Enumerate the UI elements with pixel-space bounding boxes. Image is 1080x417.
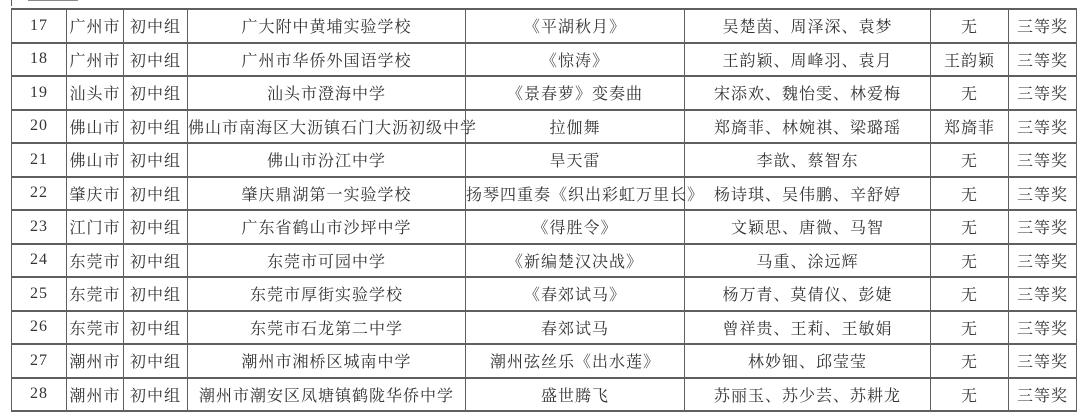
cell-extra: 无 — [931, 277, 1009, 311]
cell-piece: 旱天雷 — [466, 143, 685, 177]
cell-school: 广州市华侨外国语学校 — [188, 43, 466, 77]
cell-row-number: 17 — [12, 9, 67, 43]
cell-city: 东莞市 — [67, 277, 124, 311]
cell-extra: 无 — [931, 76, 1009, 110]
cell-performers: 杨万青、莫倩仪、彭婕 — [685, 277, 931, 311]
cell-group: 初中组 — [124, 378, 188, 412]
cell-extra: 无 — [931, 210, 1009, 244]
cell-school: 汕头市澄海中学 — [188, 76, 466, 110]
cell-city: 广州市 — [67, 43, 124, 77]
cropped-table-edge — [11, 0, 12, 6]
cell-piece: 《平湖秋月》 — [466, 9, 685, 43]
cell-school: 东莞市石龙第二中学 — [188, 311, 466, 345]
cell-group: 初中组 — [124, 9, 188, 43]
cell-extra: 无 — [931, 244, 1009, 278]
cell-group: 初中组 — [124, 43, 188, 77]
cell-award: 三等奖 — [1009, 110, 1077, 144]
cell-row-number: 25 — [12, 277, 67, 311]
cell-school: 潮州市湘桥区城南中学 — [188, 344, 466, 378]
cell-group: 初中组 — [124, 210, 188, 244]
cell-group: 初中组 — [124, 244, 188, 278]
cell-award: 三等奖 — [1009, 76, 1077, 110]
table-row: 19 汕头市 初中组 汕头市澄海中学 《景春萝》变奏曲 宋添欢、魏怡雯、林爱梅 … — [12, 76, 1077, 110]
cell-group: 初中组 — [124, 143, 188, 177]
table-row: 24 东莞市 初中组 东莞市可园中学 《新编楚汉决战》 马重、涂远辉 无 三等奖 — [12, 244, 1077, 278]
cell-row-number: 24 — [12, 244, 67, 278]
cell-piece: 《春郊试马》 — [466, 277, 685, 311]
cell-award: 三等奖 — [1009, 43, 1077, 77]
cell-city: 东莞市 — [67, 244, 124, 278]
cell-extra: 无 — [931, 177, 1009, 211]
cell-group: 初中组 — [124, 277, 188, 311]
cell-extra: 无 — [931, 143, 1009, 177]
table-row: 20 佛山市 初中组 佛山市南海区大沥镇石门大沥初级中学 拉伽舞 郑旖菲、林婉祺… — [12, 110, 1077, 144]
cell-award: 三等奖 — [1009, 244, 1077, 278]
cell-school: 佛山市汾江中学 — [188, 143, 466, 177]
cell-award: 三等奖 — [1009, 9, 1077, 43]
cell-performers: 郑旖菲、林婉祺、梁璐瑶 — [685, 110, 931, 144]
cell-piece: 春郊试马 — [466, 311, 685, 345]
cell-row-number: 19 — [12, 76, 67, 110]
cell-row-number: 23 — [12, 210, 67, 244]
cell-group: 初中组 — [124, 311, 188, 345]
table-row: 21 佛山市 初中组 佛山市汾江中学 旱天雷 李歆、蔡智东 无 三等奖 — [12, 143, 1077, 177]
cell-row-number: 20 — [12, 110, 67, 144]
cell-award: 三等奖 — [1009, 378, 1077, 412]
cell-school: 东莞市可园中学 — [188, 244, 466, 278]
cell-piece: 拉伽舞 — [466, 110, 685, 144]
cell-school: 广东省鹤山市沙坪中学 — [188, 210, 466, 244]
cell-city: 潮州市 — [67, 378, 124, 412]
cell-city: 东莞市 — [67, 311, 124, 345]
cell-piece: 盛世腾飞 — [466, 378, 685, 412]
table-row: 26 东莞市 初中组 东莞市石龙第二中学 春郊试马 曾祥贵、王莉、王敏娟 无 三… — [12, 311, 1077, 345]
cell-performers: 李歆、蔡智东 — [685, 143, 931, 177]
cell-performers: 杨诗琪、吴伟鹏、辛舒婷 — [685, 177, 931, 211]
cell-performers: 苏丽玉、苏少芸、苏耕龙 — [685, 378, 931, 412]
cell-group: 初中组 — [124, 110, 188, 144]
cell-school: 广大附中黄埔实验学校 — [188, 9, 466, 43]
cell-performers: 马重、涂远辉 — [685, 244, 931, 278]
table-row: 23 江门市 初中组 广东省鹤山市沙坪中学 《得胜令》 文颖思、唐微、马智 无 … — [12, 210, 1077, 244]
cell-city: 佛山市 — [67, 110, 124, 144]
cell-piece: 潮州弦丝乐《出水莲》 — [466, 344, 685, 378]
cell-performers: 宋添欢、魏怡雯、林爱梅 — [685, 76, 931, 110]
cell-city: 肇庆市 — [67, 177, 124, 211]
cell-row-number: 22 — [12, 177, 67, 211]
table-row: 17 广州市 初中组 广大附中黄埔实验学校 《平湖秋月》 吴楚茵、周泽深、袁梦 … — [12, 9, 1077, 43]
table-row: 27 潮州市 初中组 潮州市湘桥区城南中学 潮州弦丝乐《出水莲》 林妙钿、邱莹莹… — [12, 344, 1077, 378]
cell-city: 潮州市 — [67, 344, 124, 378]
cell-city: 佛山市 — [67, 143, 124, 177]
cell-award: 三等奖 — [1009, 143, 1077, 177]
cell-school: 潮州市潮安区凤塘镇鹤陇华侨中学 — [188, 378, 466, 412]
table-row: 25 东莞市 初中组 东莞市厚街实验学校 《春郊试马》 杨万青、莫倩仪、彭婕 无… — [12, 277, 1077, 311]
cell-group: 初中组 — [124, 76, 188, 110]
cell-school: 肇庆鼎湖第一实验学校 — [188, 177, 466, 211]
cell-award: 三等奖 — [1009, 277, 1077, 311]
cell-extra: 无 — [931, 9, 1009, 43]
cell-row-number: 21 — [12, 143, 67, 177]
cell-award: 三等奖 — [1009, 344, 1077, 378]
document-page: 17 广州市 初中组 广大附中黄埔实验学校 《平湖秋月》 吴楚茵、周泽深、袁梦 … — [0, 0, 1080, 417]
cell-extra: 无 — [931, 344, 1009, 378]
cell-school: 佛山市南海区大沥镇石门大沥初级中学 — [188, 110, 466, 144]
cropped-cell-edge — [28, 0, 78, 1]
cell-award: 三等奖 — [1009, 177, 1077, 211]
awards-table-body: 17 广州市 初中组 广大附中黄埔实验学校 《平湖秋月》 吴楚茵、周泽深、袁梦 … — [12, 9, 1077, 411]
cell-extra: 无 — [931, 378, 1009, 412]
cell-performers: 曾祥贵、王莉、王敏娟 — [685, 311, 931, 345]
cell-performers: 文颖思、唐微、马智 — [685, 210, 931, 244]
cell-piece: 《惊涛》 — [466, 43, 685, 77]
cell-extra: 郑旖菲 — [931, 110, 1009, 144]
table-row: 22 肇庆市 初中组 肇庆鼎湖第一实验学校 扬琴四重奏《织出彩虹万里长》 杨诗琪… — [12, 177, 1077, 211]
awards-table: 17 广州市 初中组 广大附中黄埔实验学校 《平湖秋月》 吴楚茵、周泽深、袁梦 … — [11, 8, 1077, 412]
cell-performers: 吴楚茵、周泽深、袁梦 — [685, 9, 931, 43]
cell-award: 三等奖 — [1009, 210, 1077, 244]
cell-award: 三等奖 — [1009, 311, 1077, 345]
cell-performers: 林妙钿、邱莹莹 — [685, 344, 931, 378]
cell-group: 初中组 — [124, 177, 188, 211]
table-row: 28 潮州市 初中组 潮州市潮安区凤塘镇鹤陇华侨中学 盛世腾飞 苏丽玉、苏少芸、… — [12, 378, 1077, 412]
cell-city: 广州市 — [67, 9, 124, 43]
cell-performers: 王韵颖、周峰羽、袁月 — [685, 43, 931, 77]
cell-piece: 《新编楚汉决战》 — [466, 244, 685, 278]
cell-row-number: 18 — [12, 43, 67, 77]
cell-piece: 扬琴四重奏《织出彩虹万里长》 — [466, 177, 685, 211]
cell-school: 东莞市厚街实验学校 — [188, 277, 466, 311]
cell-city: 江门市 — [67, 210, 124, 244]
cell-city: 汕头市 — [67, 76, 124, 110]
cell-extra: 王韵颖 — [931, 43, 1009, 77]
cell-piece: 《景春萝》变奏曲 — [466, 76, 685, 110]
cell-row-number: 26 — [12, 311, 67, 345]
cell-piece: 《得胜令》 — [466, 210, 685, 244]
cell-row-number: 28 — [12, 378, 67, 412]
cell-group: 初中组 — [124, 344, 188, 378]
table-row: 18 广州市 初中组 广州市华侨外国语学校 《惊涛》 王韵颖、周峰羽、袁月 王韵… — [12, 43, 1077, 77]
cell-extra: 无 — [931, 311, 1009, 345]
cell-row-number: 27 — [12, 344, 67, 378]
